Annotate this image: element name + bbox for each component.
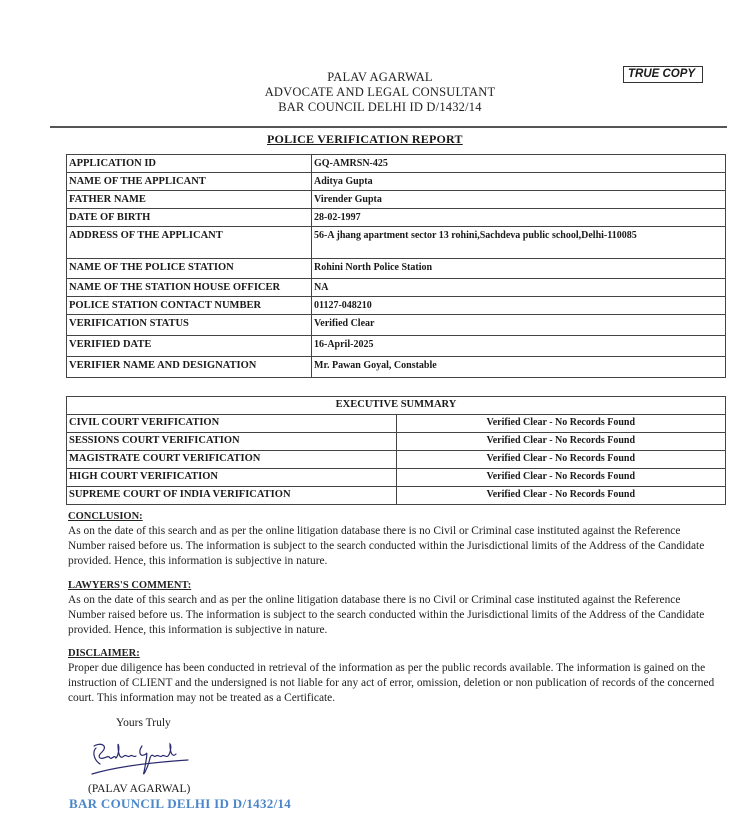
detail-row: FATHER NAMEVirender Gupta [67, 191, 726, 209]
court-label: CIVIL COURT VERIFICATION [67, 415, 397, 433]
detail-label: VERIFICATION STATUS [67, 315, 312, 336]
lawyers-comment-heading: LAWYERS'S COMMENT: [68, 578, 718, 593]
detail-value: 28-02-1997 [312, 209, 726, 227]
court-label: MAGISTRATE COURT VERIFICATION [67, 451, 397, 469]
detail-value: Mr. Pawan Goyal, Constable [312, 357, 726, 378]
detail-row: ADDRESS OF THE APPLICANT56-A jhang apart… [67, 227, 726, 259]
detail-row: APPLICATION IDGQ-AMRSN-425 [67, 155, 726, 173]
detail-row: POLICE STATION CONTACT NUMBER01127-04821… [67, 297, 726, 315]
court-verification-row: SESSIONS COURT VERIFICATIONVerified Clea… [67, 433, 726, 451]
disclaimer-heading: DISCLAIMER: [68, 646, 718, 661]
court-verification-row: SUPREME COURT OF INDIA VERIFICATIONVerif… [67, 487, 726, 505]
court-label: HIGH COURT VERIFICATION [67, 469, 397, 487]
detail-label: DATE OF BIRTH [67, 209, 312, 227]
true-copy-stamp: TRUE COPY [623, 66, 703, 83]
detail-label: NAME OF THE APPLICANT [67, 173, 312, 191]
detail-label: APPLICATION ID [67, 155, 312, 173]
disclaimer-section: DISCLAIMER: Proper due diligence has bee… [68, 646, 718, 706]
detail-row: NAME OF THE APPLICANTAditya Gupta [67, 173, 726, 191]
court-verification-row: HIGH COURT VERIFICATIONVerified Clear - … [67, 469, 726, 487]
advocate-title: ADVOCATE AND LEGAL CONSULTANT [200, 85, 560, 100]
conclusion-heading: CONCLUSION: [68, 509, 718, 524]
court-verification-row: MAGISTRATE COURT VERIFICATIONVerified Cl… [67, 451, 726, 469]
executive-summary-heading: EXECUTIVE SUMMARY [67, 397, 726, 415]
detail-value: NA [312, 279, 726, 297]
report-title: POLICE VERIFICATION REPORT [267, 132, 463, 147]
disclaimer-text: Proper due diligence has been conducted … [68, 661, 718, 706]
court-verification-row: CIVIL COURT VERIFICATIONVerified Clear -… [67, 415, 726, 433]
lawyers-comment-text: As on the date of this search and as per… [68, 593, 718, 638]
summary-heading-row: EXECUTIVE SUMMARY [67, 397, 726, 415]
detail-label: FATHER NAME [67, 191, 312, 209]
detail-value: GQ-AMRSN-425 [312, 155, 726, 173]
letterhead: PALAV AGARWAL ADVOCATE AND LEGAL CONSULT… [200, 70, 560, 115]
detail-value: Verified Clear [312, 315, 726, 336]
detail-row: VERIFIED DATE16-April-2025 [67, 336, 726, 357]
court-status: Verified Clear - No Records Found [396, 415, 726, 433]
conclusion-section: CONCLUSION: As on the date of this searc… [68, 509, 718, 569]
advocate-name: PALAV AGARWAL [200, 70, 560, 85]
applicant-details-table: APPLICATION IDGQ-AMRSN-425NAME OF THE AP… [66, 154, 726, 378]
detail-label: VERIFIER NAME AND DESIGNATION [67, 357, 312, 378]
court-status: Verified Clear - No Records Found [396, 469, 726, 487]
detail-label: NAME OF THE STATION HOUSE OFFICER [67, 279, 312, 297]
detail-row: VERIFICATION STATUSVerified Clear [67, 315, 726, 336]
detail-value: Aditya Gupta [312, 173, 726, 191]
detail-row: VERIFIER NAME AND DESIGNATIONMr. Pawan G… [67, 357, 726, 378]
court-label: SUPREME COURT OF INDIA VERIFICATION [67, 487, 397, 505]
signature-image [88, 738, 198, 787]
court-status: Verified Clear - No Records Found [396, 451, 726, 469]
court-status: Verified Clear - No Records Found [396, 487, 726, 505]
detail-row: NAME OF THE POLICE STATIONRohini North P… [67, 259, 726, 279]
signer-name: (PALAV AGARWAL) [88, 783, 190, 795]
detail-label: NAME OF THE POLICE STATION [67, 259, 312, 279]
closing-salutation: Yours Truly [116, 717, 171, 729]
detail-row: DATE OF BIRTH28-02-1997 [67, 209, 726, 227]
executive-summary-table: EXECUTIVE SUMMARY CIVIL COURT VERIFICATI… [66, 396, 726, 505]
detail-label: POLICE STATION CONTACT NUMBER [67, 297, 312, 315]
detail-value: 16-April-2025 [312, 336, 726, 357]
detail-value: Rohini North Police Station [312, 259, 726, 279]
detail-value: 01127-048210 [312, 297, 726, 315]
lawyers-comment-section: LAWYERS'S COMMENT: As on the date of thi… [68, 578, 718, 638]
detail-row: NAME OF THE STATION HOUSE OFFICERNA [67, 279, 726, 297]
detail-label: VERIFIED DATE [67, 336, 312, 357]
court-status: Verified Clear - No Records Found [396, 433, 726, 451]
header-divider [50, 126, 727, 128]
court-label: SESSIONS COURT VERIFICATION [67, 433, 397, 451]
footer-bar-council-id: BAR COUNCIL DELHI ID D/1432/14 [69, 796, 291, 812]
detail-value: Virender Gupta [312, 191, 726, 209]
header-bar-council-id: BAR COUNCIL DELHI ID D/1432/14 [200, 100, 560, 115]
detail-value: 56-A jhang apartment sector 13 rohini,Sa… [312, 227, 726, 259]
detail-label: ADDRESS OF THE APPLICANT [67, 227, 312, 259]
conclusion-text: As on the date of this search and as per… [68, 524, 718, 569]
